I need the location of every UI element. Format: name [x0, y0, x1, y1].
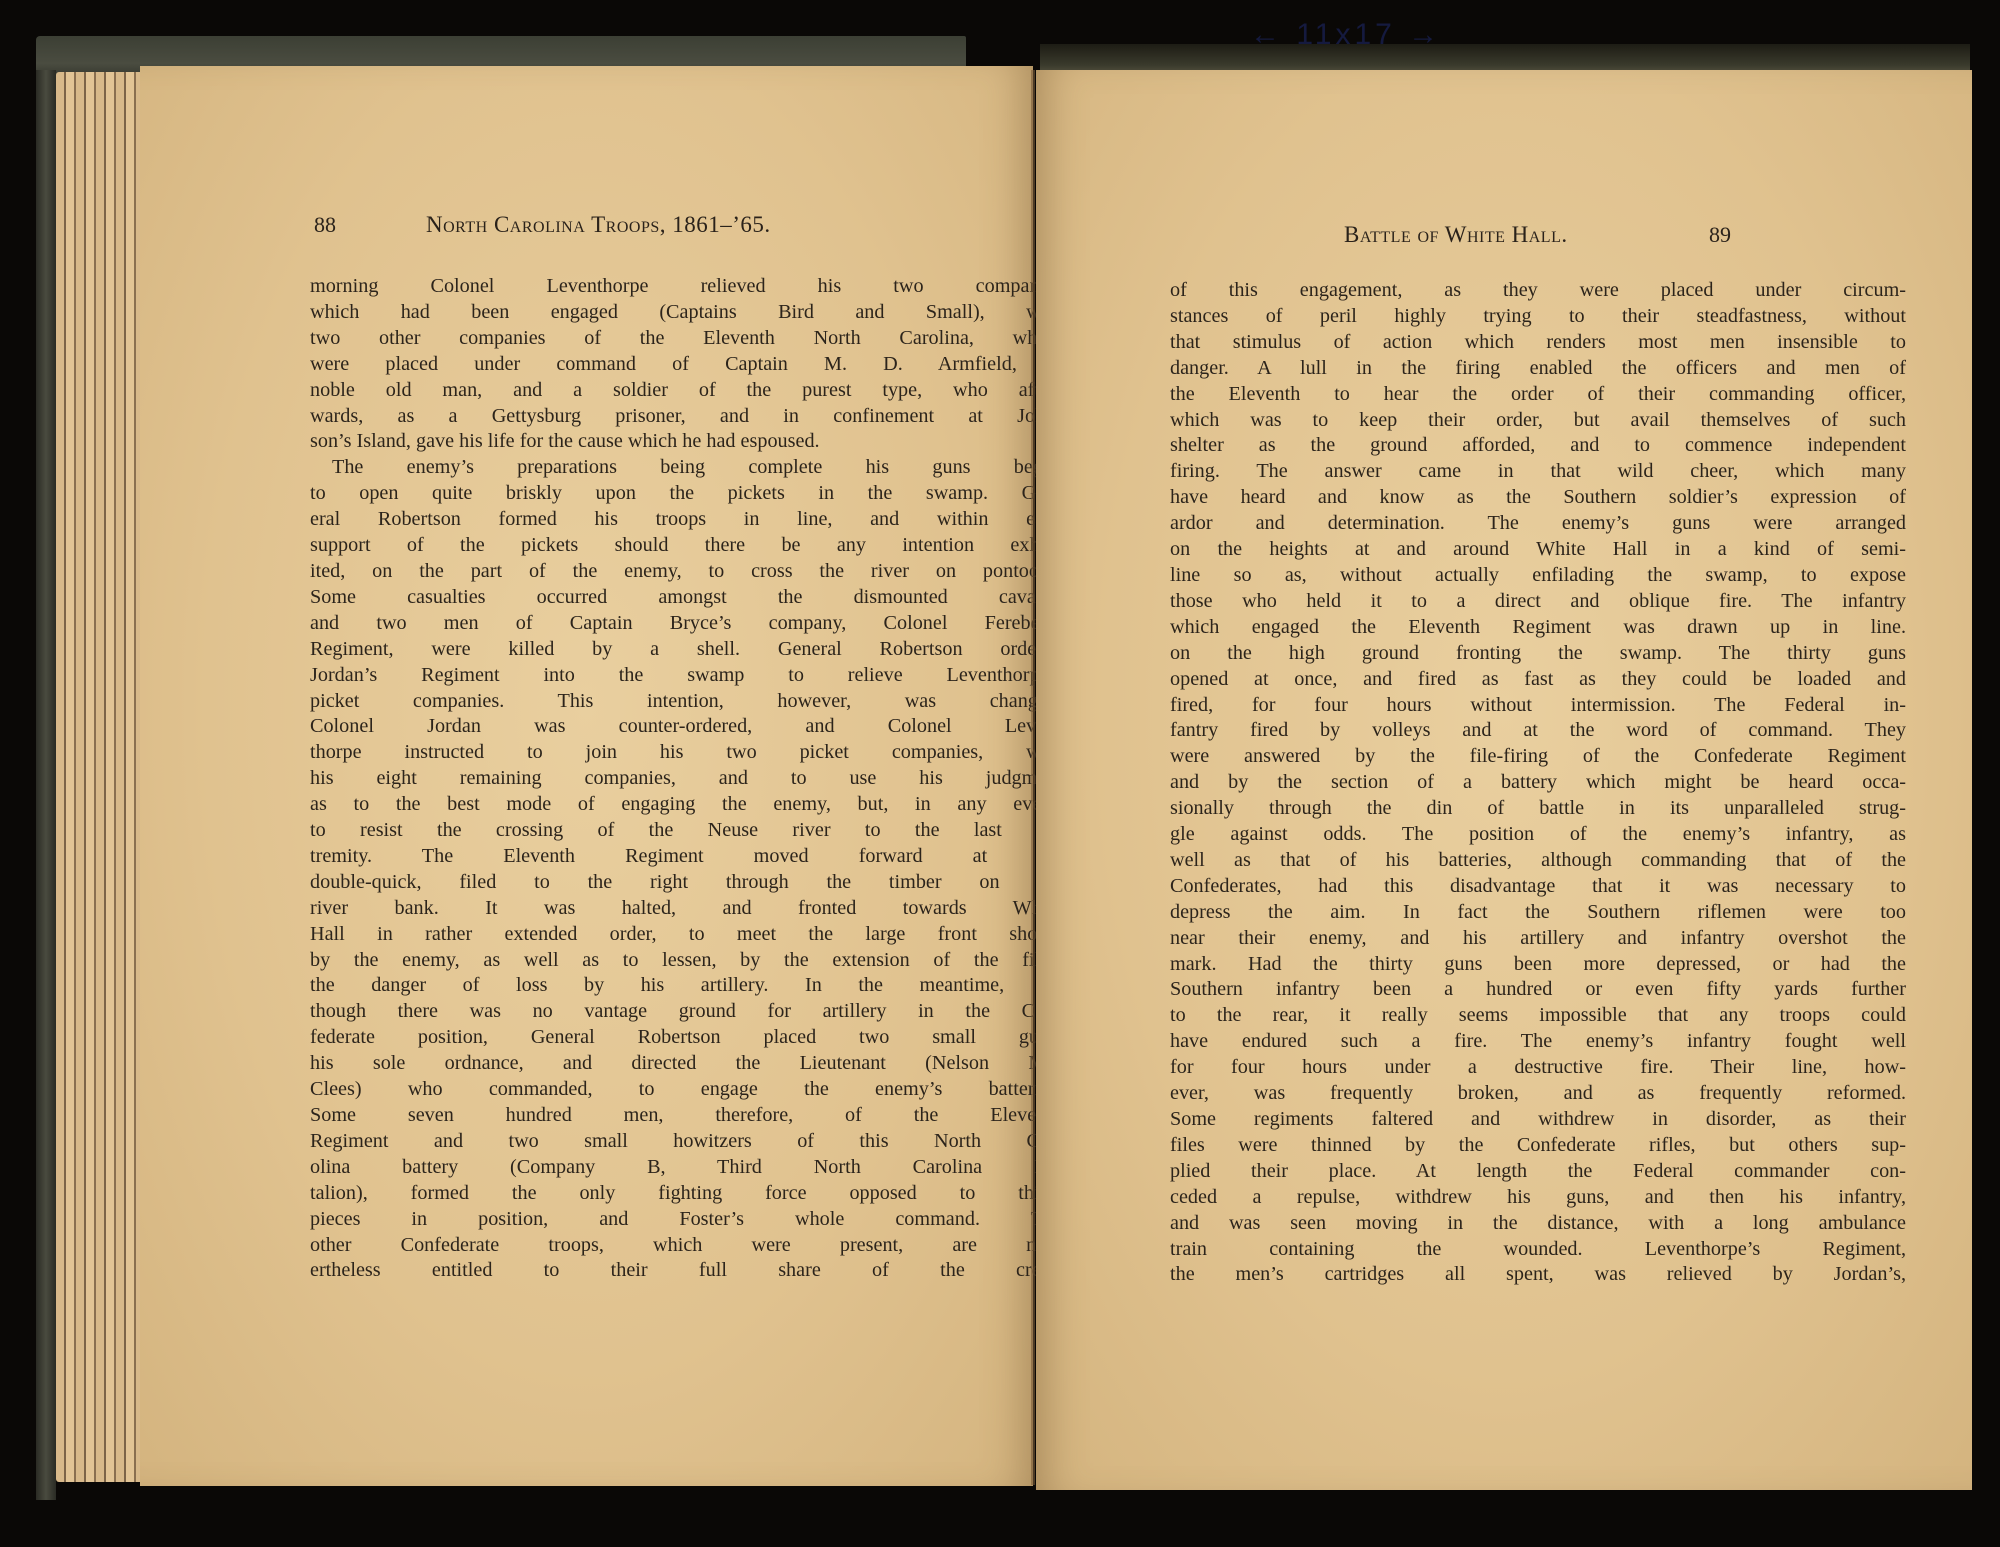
text-line: morning Colonel Leventhorpe relieved his…	[310, 274, 1062, 300]
text-line: files were thinned by the Confederate ri…	[1170, 1133, 1906, 1159]
text-line: as to the best mode of engaging the enem…	[310, 792, 1062, 818]
text-line: by the enemy, as well as to lessen, by t…	[310, 948, 1062, 974]
text-line: to resist the crossing of the Neuse rive…	[310, 818, 1062, 844]
text-line: the men’s cartridges all spent, was reli…	[1170, 1262, 1906, 1288]
text-line: those who held it to a direct and obliqu…	[1170, 589, 1906, 615]
text-line: his sole ordnance, and directed the Lieu…	[310, 1051, 1062, 1077]
text-line: Regiment and two small howitzers of this…	[310, 1129, 1062, 1155]
text-line: gle against odds. The position of the en…	[1170, 822, 1906, 848]
text-line: which engaged the Eleventh Regiment was …	[1170, 615, 1906, 641]
text-line: noble old man, and a soldier of the pure…	[310, 378, 1062, 404]
text-line: on the high ground fronting the swamp. T…	[1170, 641, 1906, 667]
text-line: picket companies. This intention, howeve…	[310, 689, 1062, 715]
text-line: which was to keep their order, but avail…	[1170, 408, 1906, 434]
text-line: ardor and determination. The enemy’s gun…	[1170, 511, 1906, 537]
text-line: Some regiments faltered and withdrew in …	[1170, 1107, 1906, 1133]
text-line: and was seen moving in the distance, wit…	[1170, 1211, 1906, 1237]
text-line: near their enemy, and his artillery and …	[1170, 926, 1906, 952]
page-number: 88	[314, 212, 336, 238]
left-page: 88 North Carolina Troops, 1861–’65. morn…	[140, 66, 1033, 1486]
text-line: the Eleventh to hear the order of their …	[1170, 382, 1906, 408]
text-line: fantry fired by volleys and at the word …	[1170, 718, 1906, 744]
text-line: Colonel Jordan was counter-ordered, and …	[310, 714, 1062, 740]
text-line: have endured such a fire. The enemy’s in…	[1170, 1029, 1906, 1055]
text-line: which had been engaged (Captains Bird an…	[310, 300, 1062, 326]
text-line: sionally through the din of battle in it…	[1170, 796, 1906, 822]
body-text: morning Colonel Leventhorpe relieved his…	[310, 274, 1062, 1284]
text-line: Some seven hundred men, therefore, of th…	[310, 1103, 1062, 1129]
text-line: pieces in position, and Foster’s whole c…	[310, 1207, 1062, 1233]
text-line: Regiment, were killed by a shell. Genera…	[310, 637, 1062, 663]
text-line: stances of peril highly trying to their …	[1170, 304, 1906, 330]
text-line: wards, as a Gettysburg prisoner, and in …	[310, 404, 1062, 430]
text-line: of this engagement, as they were placed …	[1170, 278, 1906, 304]
text-line: support of the pickets should there be a…	[310, 533, 1062, 559]
text-line: other Confederate troops, which were pre…	[310, 1233, 1062, 1259]
text-line: have heard and know as the Southern sold…	[1170, 485, 1906, 511]
text-line: well as that of his batteries, although …	[1170, 848, 1906, 874]
text-line: federate position, General Robertson pla…	[310, 1025, 1062, 1051]
text-line: ertheless entitled to their full share o…	[310, 1258, 1062, 1284]
text-line: eral Robertson formed his troops in line…	[310, 507, 1062, 533]
text-line: Hall in rather extended order, to meet t…	[310, 922, 1062, 948]
text-line: line so as, without actually enfilading …	[1170, 563, 1906, 589]
text-line: were placed under command of Captain M. …	[310, 352, 1062, 378]
gutter	[1031, 70, 1035, 1485]
text-line: olina battery (Company B, Third North Ca…	[310, 1155, 1062, 1181]
text-line: talion), formed the only fighting force …	[310, 1181, 1062, 1207]
ruler-marking: ← 11x17 →	[1250, 18, 1442, 52]
text-line: and two men of Captain Bryce’s company, …	[310, 611, 1062, 637]
text-line: ited, on the part of the enemy, to cross…	[310, 559, 1062, 585]
text-line: Confederates, had this disadvantage that…	[1170, 874, 1906, 900]
text-line: double-quick, filed to the right through…	[310, 870, 1062, 896]
text-line: for four hours under a destructive fire.…	[1170, 1055, 1906, 1081]
running-head: Battle of White Hall.	[1344, 222, 1568, 248]
text-line: mark. Had the thirty guns been more depr…	[1170, 952, 1906, 978]
text-line: The enemy’s preparations being complete …	[310, 455, 1062, 481]
text-line: Jordan’s Regiment into the swamp to reli…	[310, 663, 1062, 689]
text-line: ceded a repulse, withdrew his guns, and …	[1170, 1185, 1906, 1211]
page-number: 89	[1709, 222, 1731, 248]
text-line: fired, for four hours without intermissi…	[1170, 693, 1906, 719]
text-line: and by the section of a battery which mi…	[1170, 770, 1906, 796]
text-line: to open quite briskly upon the pickets i…	[310, 481, 1062, 507]
text-line: thorpe instructed to join his two picket…	[310, 740, 1062, 766]
text-line: plied their place. At length the Federal…	[1170, 1159, 1906, 1185]
text-line: river bank. It was halted, and fronted t…	[310, 896, 1062, 922]
text-line: were answered by the file-firing of the …	[1170, 744, 1906, 770]
text-line: son’s Island, gave his life for the caus…	[310, 429, 1062, 455]
text-line: Clees) who commanded, to engage the enem…	[310, 1077, 1062, 1103]
text-line: depress the aim. In fact the Southern ri…	[1170, 900, 1906, 926]
text-line: though there was no vantage ground for a…	[310, 999, 1062, 1025]
text-line: opened at once, and fired as fast as the…	[1170, 667, 1906, 693]
text-line: that stimulus of action which renders mo…	[1170, 330, 1906, 356]
text-line: tremity. The Eleventh Regiment moved for…	[310, 844, 1062, 870]
text-line: train containing the wounded. Leventhorp…	[1170, 1237, 1906, 1263]
page-stack-edges	[56, 72, 146, 1482]
text-line: the danger of loss by his artillery. In …	[310, 973, 1062, 999]
text-line: Southern infantry been a hundred or even…	[1170, 977, 1906, 1003]
text-line: Some casualties occurred amongst the dis…	[310, 585, 1062, 611]
book-cover-edge	[36, 70, 56, 1500]
text-line: danger. A lull in the firing enabled the…	[1170, 356, 1906, 382]
text-line: firing. The answer came in that wild che…	[1170, 459, 1906, 485]
text-line: two other companies of the Eleventh Nort…	[310, 326, 1062, 352]
body-text: of this engagement, as they were placed …	[1170, 278, 1906, 1288]
text-line: to the rear, it really seems impossible …	[1170, 1003, 1906, 1029]
text-line: ever, was frequently broken, and as freq…	[1170, 1081, 1906, 1107]
text-line: shelter as the ground afforded, and to c…	[1170, 433, 1906, 459]
text-line: his eight remaining companies, and to us…	[310, 766, 1062, 792]
running-head: North Carolina Troops, 1861–’65.	[426, 212, 771, 238]
text-line: on the heights at and around White Hall …	[1170, 537, 1906, 563]
right-page: Battle of White Hall. 89 of this engagem…	[1036, 70, 1972, 1490]
